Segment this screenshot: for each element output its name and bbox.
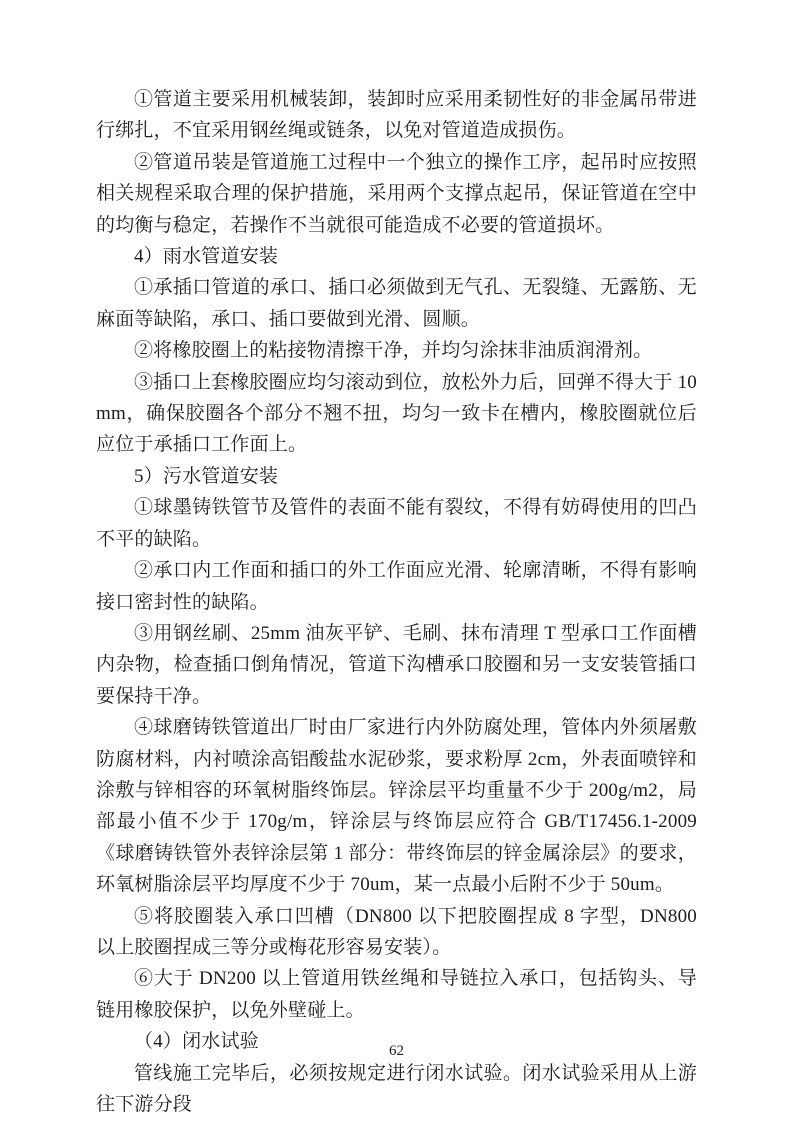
paragraph-water-closure-test-body: 管线施工完毕后，必须按规定进行闭水试验。闭水试验采用从上游往下游分段 bbox=[96, 1058, 697, 1121]
heading-rainwater-pipe-installation: 4）雨水管道安装 bbox=[96, 241, 697, 272]
paragraph-pipe-loading: ①管道主要采用机械装卸，装卸时应采用柔韧性好的非金属吊带进行绑扎，不宜采用钢丝绳… bbox=[96, 84, 697, 147]
paragraph-dn200-pulling: ⑥大于 DN200 以上管道用铁丝绳和导链拉入承口，包括钩头、导链用橡胶保护，以… bbox=[96, 963, 697, 1026]
document-body: ①管道主要采用机械装卸，装卸时应采用柔韧性好的非金属吊带进行绑扎，不宜采用钢丝绳… bbox=[96, 84, 697, 1120]
document-page: ①管道主要采用机械装卸，装卸时应采用柔韧性好的非金属吊带进行绑扎，不宜采用钢丝绳… bbox=[0, 0, 793, 1122]
paragraph-wire-brush-cleaning: ③用钢丝刷、25mm 油灰平铲、毛刷、抹布清理 T 型承口工作面槽内杂物，检查插… bbox=[96, 618, 697, 712]
paragraph-socket-spigot-defects: ①承插口管道的承口、插口必须做到无气孔、无裂缝、无露筋、无麻面等缺陷，承口、插口… bbox=[96, 272, 697, 335]
paragraph-rubber-ring-rolling: ③插口上套橡胶圈应均匀滚动到位，放松外力后，回弹不得大于 10mm，确保胶圈各个… bbox=[96, 367, 697, 461]
paragraph-working-face-smoothness: ②承口内工作面和插口的外工作面应光滑、轮廓清晰，不得有影响接口密封性的缺陷。 bbox=[96, 555, 697, 618]
paragraph-rubber-ring-groove: ⑤将胶圈装入承口凹槽（DN800 以下把胶圈捏成 8 字型，DN800 以上胶圈… bbox=[96, 901, 697, 964]
paragraph-rubber-ring-cleaning: ②将橡胶圈上的粘接物清擦干净，并均匀涂抹非油质润滑剂。 bbox=[96, 335, 697, 366]
paragraph-anticorrosion-coating: ④球磨铸铁管道出厂时由厂家进行内外防腐处理，管体内外须屠敷防腐材料，内衬喷涂高铝… bbox=[96, 712, 697, 900]
page-number: 62 bbox=[389, 1043, 404, 1059]
heading-sewage-pipe-installation: 5）污水管道安装 bbox=[96, 461, 697, 492]
paragraph-ductile-iron-surface: ①球墨铸铁管节及管件的表面不能有裂纹，不得有妨碍使用的凹凸不平的缺陷。 bbox=[96, 492, 697, 555]
paragraph-pipe-hoisting: ②管道吊装是管道施工过程中一个独立的操作工序，起吊时应按照相关规程采取合理的保护… bbox=[96, 147, 697, 241]
page-footer: 62 bbox=[0, 1042, 793, 1060]
